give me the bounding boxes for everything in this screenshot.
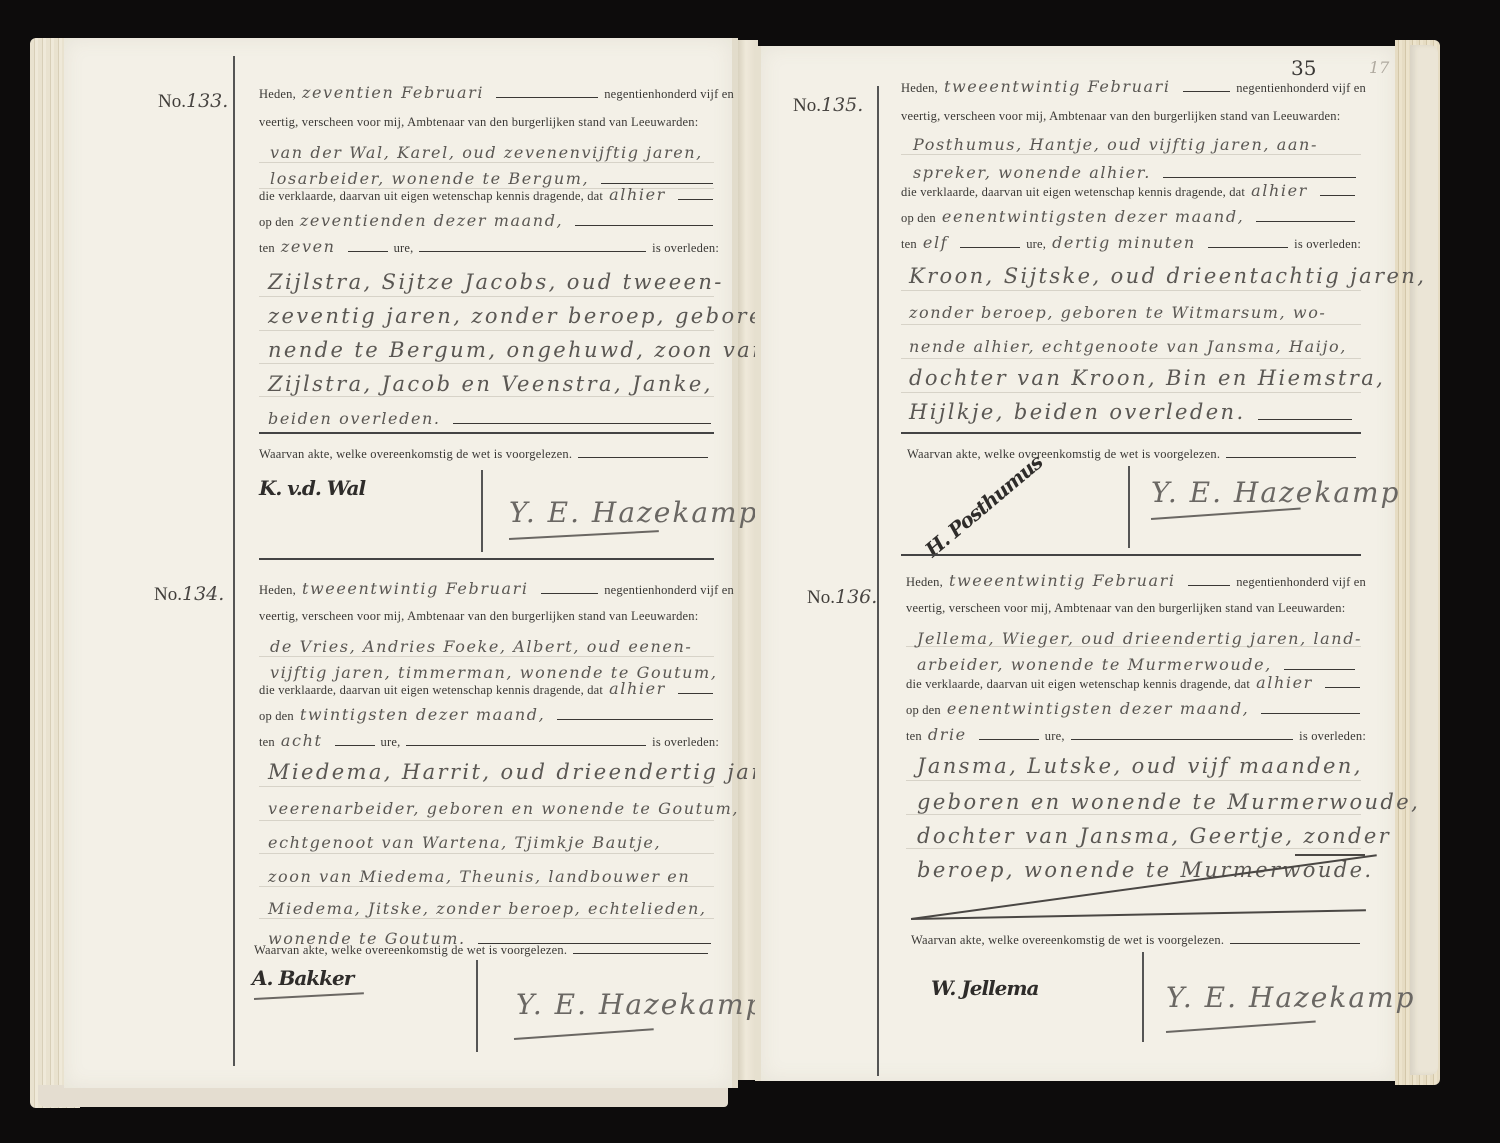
officer-signature: Y. E. Hazekamp [516, 988, 765, 1021]
witness-signature: A. Bakker [252, 966, 353, 990]
record-number: No.135. [793, 94, 863, 117]
declared-line: die verklaarde, daarvan uit eigen wetens… [259, 180, 719, 204]
officer-signature: Y. E. Hazekamp [509, 496, 758, 529]
book-cover-edge [38, 1085, 728, 1107]
record-number: No.133. [158, 90, 228, 113]
folio-mark: 17 [1369, 58, 1389, 77]
book-cover-edge-right [1410, 45, 1438, 1075]
day-line: op den zeventienden dezer maand, [259, 206, 719, 230]
record-number: No.134. [154, 583, 224, 606]
officer-signature: Y. E. Hazekamp [1166, 981, 1415, 1014]
date-line: Heden, zeventien Februari negentienhonde… [259, 78, 734, 102]
witness-signature: W. Jellema [931, 976, 1039, 1000]
cancel-stroke [911, 909, 1366, 919]
open-register-book: No.133. Heden, zeventien Februari negent… [0, 0, 1500, 1143]
appeared-line: veertig, verscheen voor mij, Ambtenaar v… [259, 106, 734, 130]
officer-signature: Y. E. Hazekamp [1151, 476, 1400, 509]
right-page: 35 17 No.135. Heden, tweeentwintig Febru… [755, 46, 1395, 1081]
witness-signature: H. Posthumus [920, 450, 1047, 562]
witness-signature: K. v.d. Wal [259, 476, 365, 500]
left-page: No.133. Heden, zeventien Februari negent… [64, 38, 738, 1088]
handwritten-date: zeventien Februari [296, 83, 490, 102]
margin-rule [877, 86, 879, 1076]
closing-line: Waarvan akte, welke overeenkomstig de we… [259, 438, 714, 462]
margin-rule [233, 56, 235, 1066]
time-line: ten zeven ure, is overleden: [259, 232, 719, 256]
record-number: No.136. [807, 586, 877, 609]
